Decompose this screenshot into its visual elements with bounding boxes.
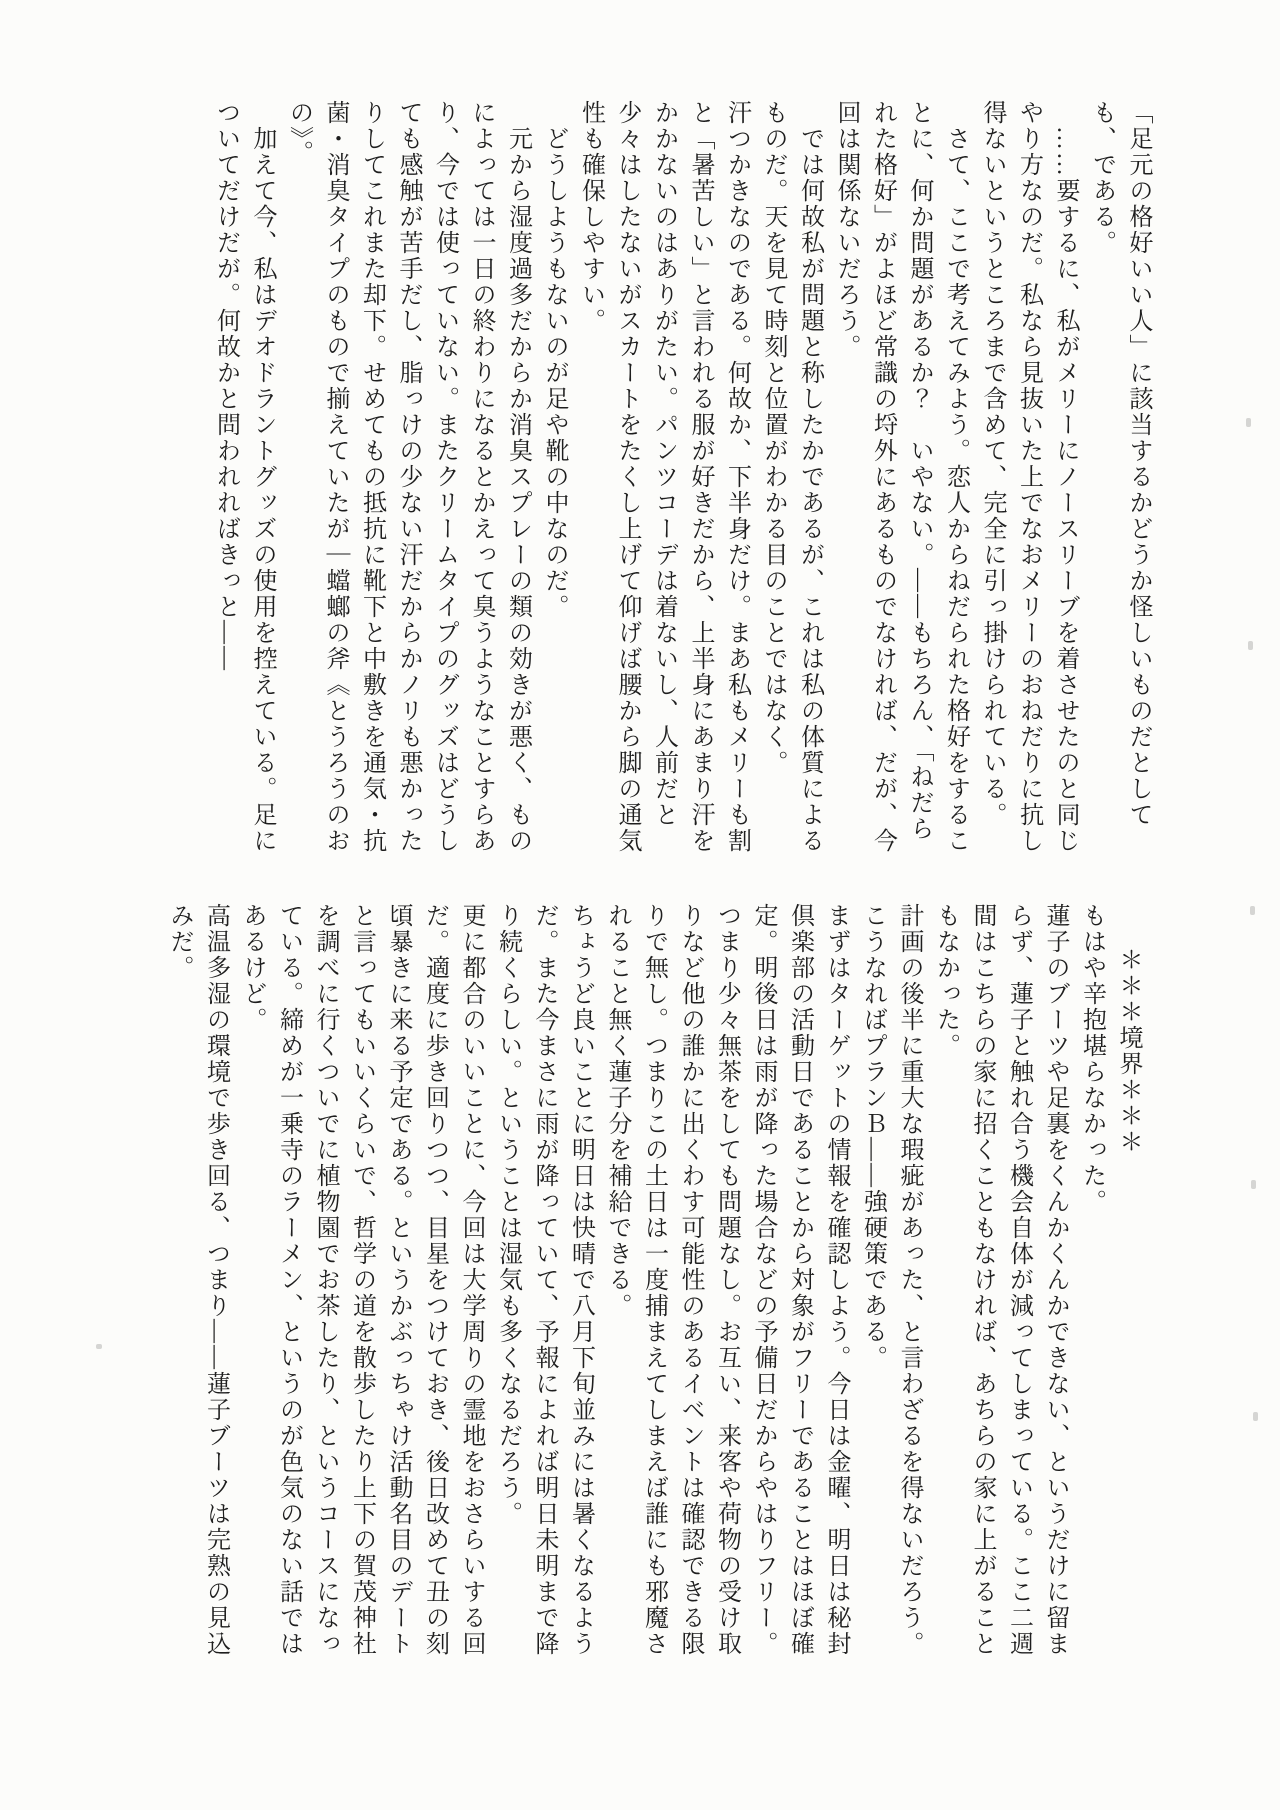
paragraph: さて、ここで考えてみよう。恋人からねだられた格好をすることに、何か問題があるか？… [828,100,974,857]
text-block-bottom: ＊＊＊境界＊＊＊ もはや辛抱堪らなかった。蓮子のブーツや足裏をくんかくんかできな… [161,903,1147,1660]
scan-artifact [1246,418,1251,427]
paragraph: ……要するに、私がメリーにノースリーブを着させたのと同じやり方なのだ。私なら見抜… [974,100,1084,857]
text-block-top: 「足元の格好いい人」に該当するかどうか怪しいものだとしても、である。……要するに… [207,100,1156,857]
paragraph: 高温多湿の環境で歩き回る、つまり――蓮子ブーツは完熟の見込みだ。 [161,903,234,1660]
scan-artifact [1250,906,1255,915]
scan-artifact [1253,1412,1258,1421]
paragraph: 蓮子のブーツや足裏をくんかくんかできない、というだけに留まらず、蓮子と触れ合う機… [927,903,1073,1660]
paragraph: 「足元の格好いい人」に該当するかどうか怪しいものだとしても、である。 [1083,100,1156,857]
paragraph: まずはターゲットの情報を確認しよう。今日は金曜、明日は秘封倶楽部の活動日であるこ… [599,903,855,1660]
paragraph: ちょうど良いことに明日は快晴で八月下旬並みには暑くなるようだ。また今まさに雨が降… [489,903,599,1660]
paragraph: こうなればプランＢ――強硬策である。 [854,903,891,1660]
scanned-novel-page: 「足元の格好いい人」に該当するかどうか怪しいものだとしても、である。……要するに… [0,0,1280,1810]
paragraph: では何故私が問題と称したかであるが、これは私の体質によるものだ。天を見て時刻と位… [755,100,828,857]
paragraph: 計画の後半に重大な瑕疵があった、と言わざるを得ないだろう。 [891,903,928,1660]
paragraph: どうしようもないのが足や靴の中なのだ。 [536,100,573,857]
section-divider: ＊＊＊境界＊＊＊ [1110,903,1147,1660]
scan-artifact [1248,641,1253,650]
scan-artifact [1251,1180,1256,1189]
paragraph: もはや辛抱堪らなかった。 [1073,903,1110,1660]
paragraph: 更に都合のいいことに、今回は大学周りの霊地をおさらいする回だ。適度に歩き回りつつ… [234,903,490,1660]
paragraph: 汗つかきなのである。何故か、下半身だけ。まあ私もメリーも割と「暑苦しい」と言われ… [572,100,755,857]
paragraph: 加えて今、私はデオドラントグッズの使用を控えている。足についてだけだが。何故かと… [207,100,280,857]
paragraph: 元から湿度過多だからか消臭スプレーの類の効きが悪く、ものによっては一日の終わりに… [280,100,536,857]
scan-artifact [96,1344,102,1349]
